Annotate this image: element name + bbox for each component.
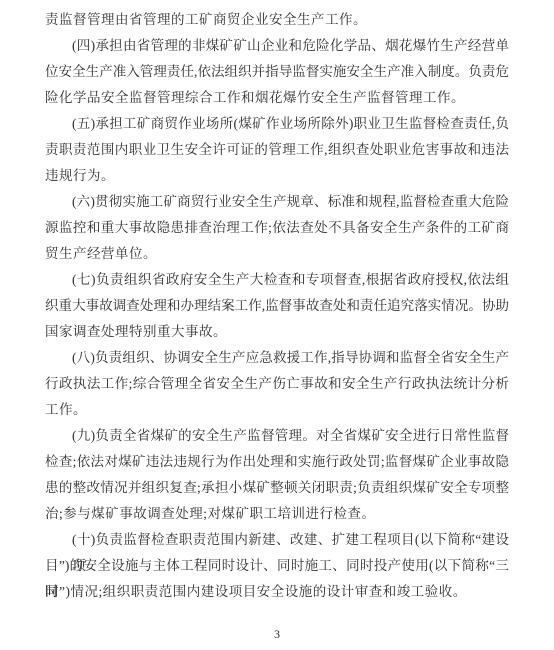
text-line: (八)负责组织、协调安全生产应急救援工作,指导协调和监督全省安全生产	[45, 345, 509, 371]
text-line: 责监督管理由省管理的工矿商贸企业安全生产工作。	[45, 7, 509, 33]
text-line: 位安全生产准入管理责任,依法组织并指导监督实施安全生产准入制度。负责危	[45, 59, 509, 85]
text-line: 工作。	[45, 397, 509, 423]
text-line: (五)承担工矿商贸作业场所(煤矿作业场所除外)职业卫生监督检查责任,负	[45, 111, 509, 137]
text-line: (六)贯彻实施工矿商贸行业安全生产规章、标准和规程,监督检查重大危险	[45, 189, 509, 215]
text-line: 责职责范围内职业卫生安全许可证的管理工作,组织查处职业危害事故和违法	[45, 137, 509, 163]
text-line: 源监控和重大事故隐患排查治理工作;依法查处不具备安全生产条件的工矿商	[45, 215, 509, 241]
text-line: 时”)情况;组织职责范围内建设项目安全设施的设计审查和竣工验收。	[45, 579, 509, 605]
text-line: (七)负责组织省政府安全生产大检查和专项督查,根据省政府授权,依法组	[45, 267, 509, 293]
text-line: 目”)的安全设施与主体工程同时设计、同时施工、同时投产使用(以下简称“三同	[45, 553, 509, 579]
text-line: 险化学品安全监督管理综合工作和烟花爆竹安全生产监督管理工作。	[45, 85, 509, 111]
text-line: (九)负责全省煤矿的安全生产监督管理。对全省煤矿安全进行日常性监督	[45, 423, 509, 449]
text-line: 贸生产经营单位。	[45, 241, 509, 267]
document-body: 责监督管理由省管理的工矿商贸企业安全生产工作。(四)承担由省管理的非煤矿矿山企业…	[45, 7, 509, 605]
text-line: (四)承担由省管理的非煤矿矿山企业和危险化学品、烟花爆竹生产经营单	[45, 33, 509, 59]
text-line: 违规行为。	[45, 163, 509, 189]
text-line: 检查;依法对煤矿违法违规行为作出处理和实施行政处罚;监督煤矿企业事故隐	[45, 449, 509, 475]
text-line: (十)负责监督检查职责范围内新建、改建、扩建工程项目(以下简称“建设项	[45, 527, 509, 553]
text-line: 治;参与煤矿事故调查处理;对煤矿职工培训进行检查。	[45, 501, 509, 527]
text-line: 患的整改情况并组织复查;承担小煤矿整顿关闭职责;负责组织煤矿安全专项整	[45, 475, 509, 501]
document-page: 责监督管理由省管理的工矿商贸企业安全生产工作。(四)承担由省管理的非煤矿矿山企业…	[0, 0, 554, 650]
page-number: 3	[0, 627, 554, 642]
text-line: 织重大事故调查处理和办理结案工作,监督事故查处和责任追究落实情况。协助	[45, 293, 509, 319]
text-line: 行政执法工作;综合管理全省安全生产伤亡事故和安全生产行政执法统计分析	[45, 371, 509, 397]
text-line: 国家调查处理特别重大事故。	[45, 319, 509, 345]
